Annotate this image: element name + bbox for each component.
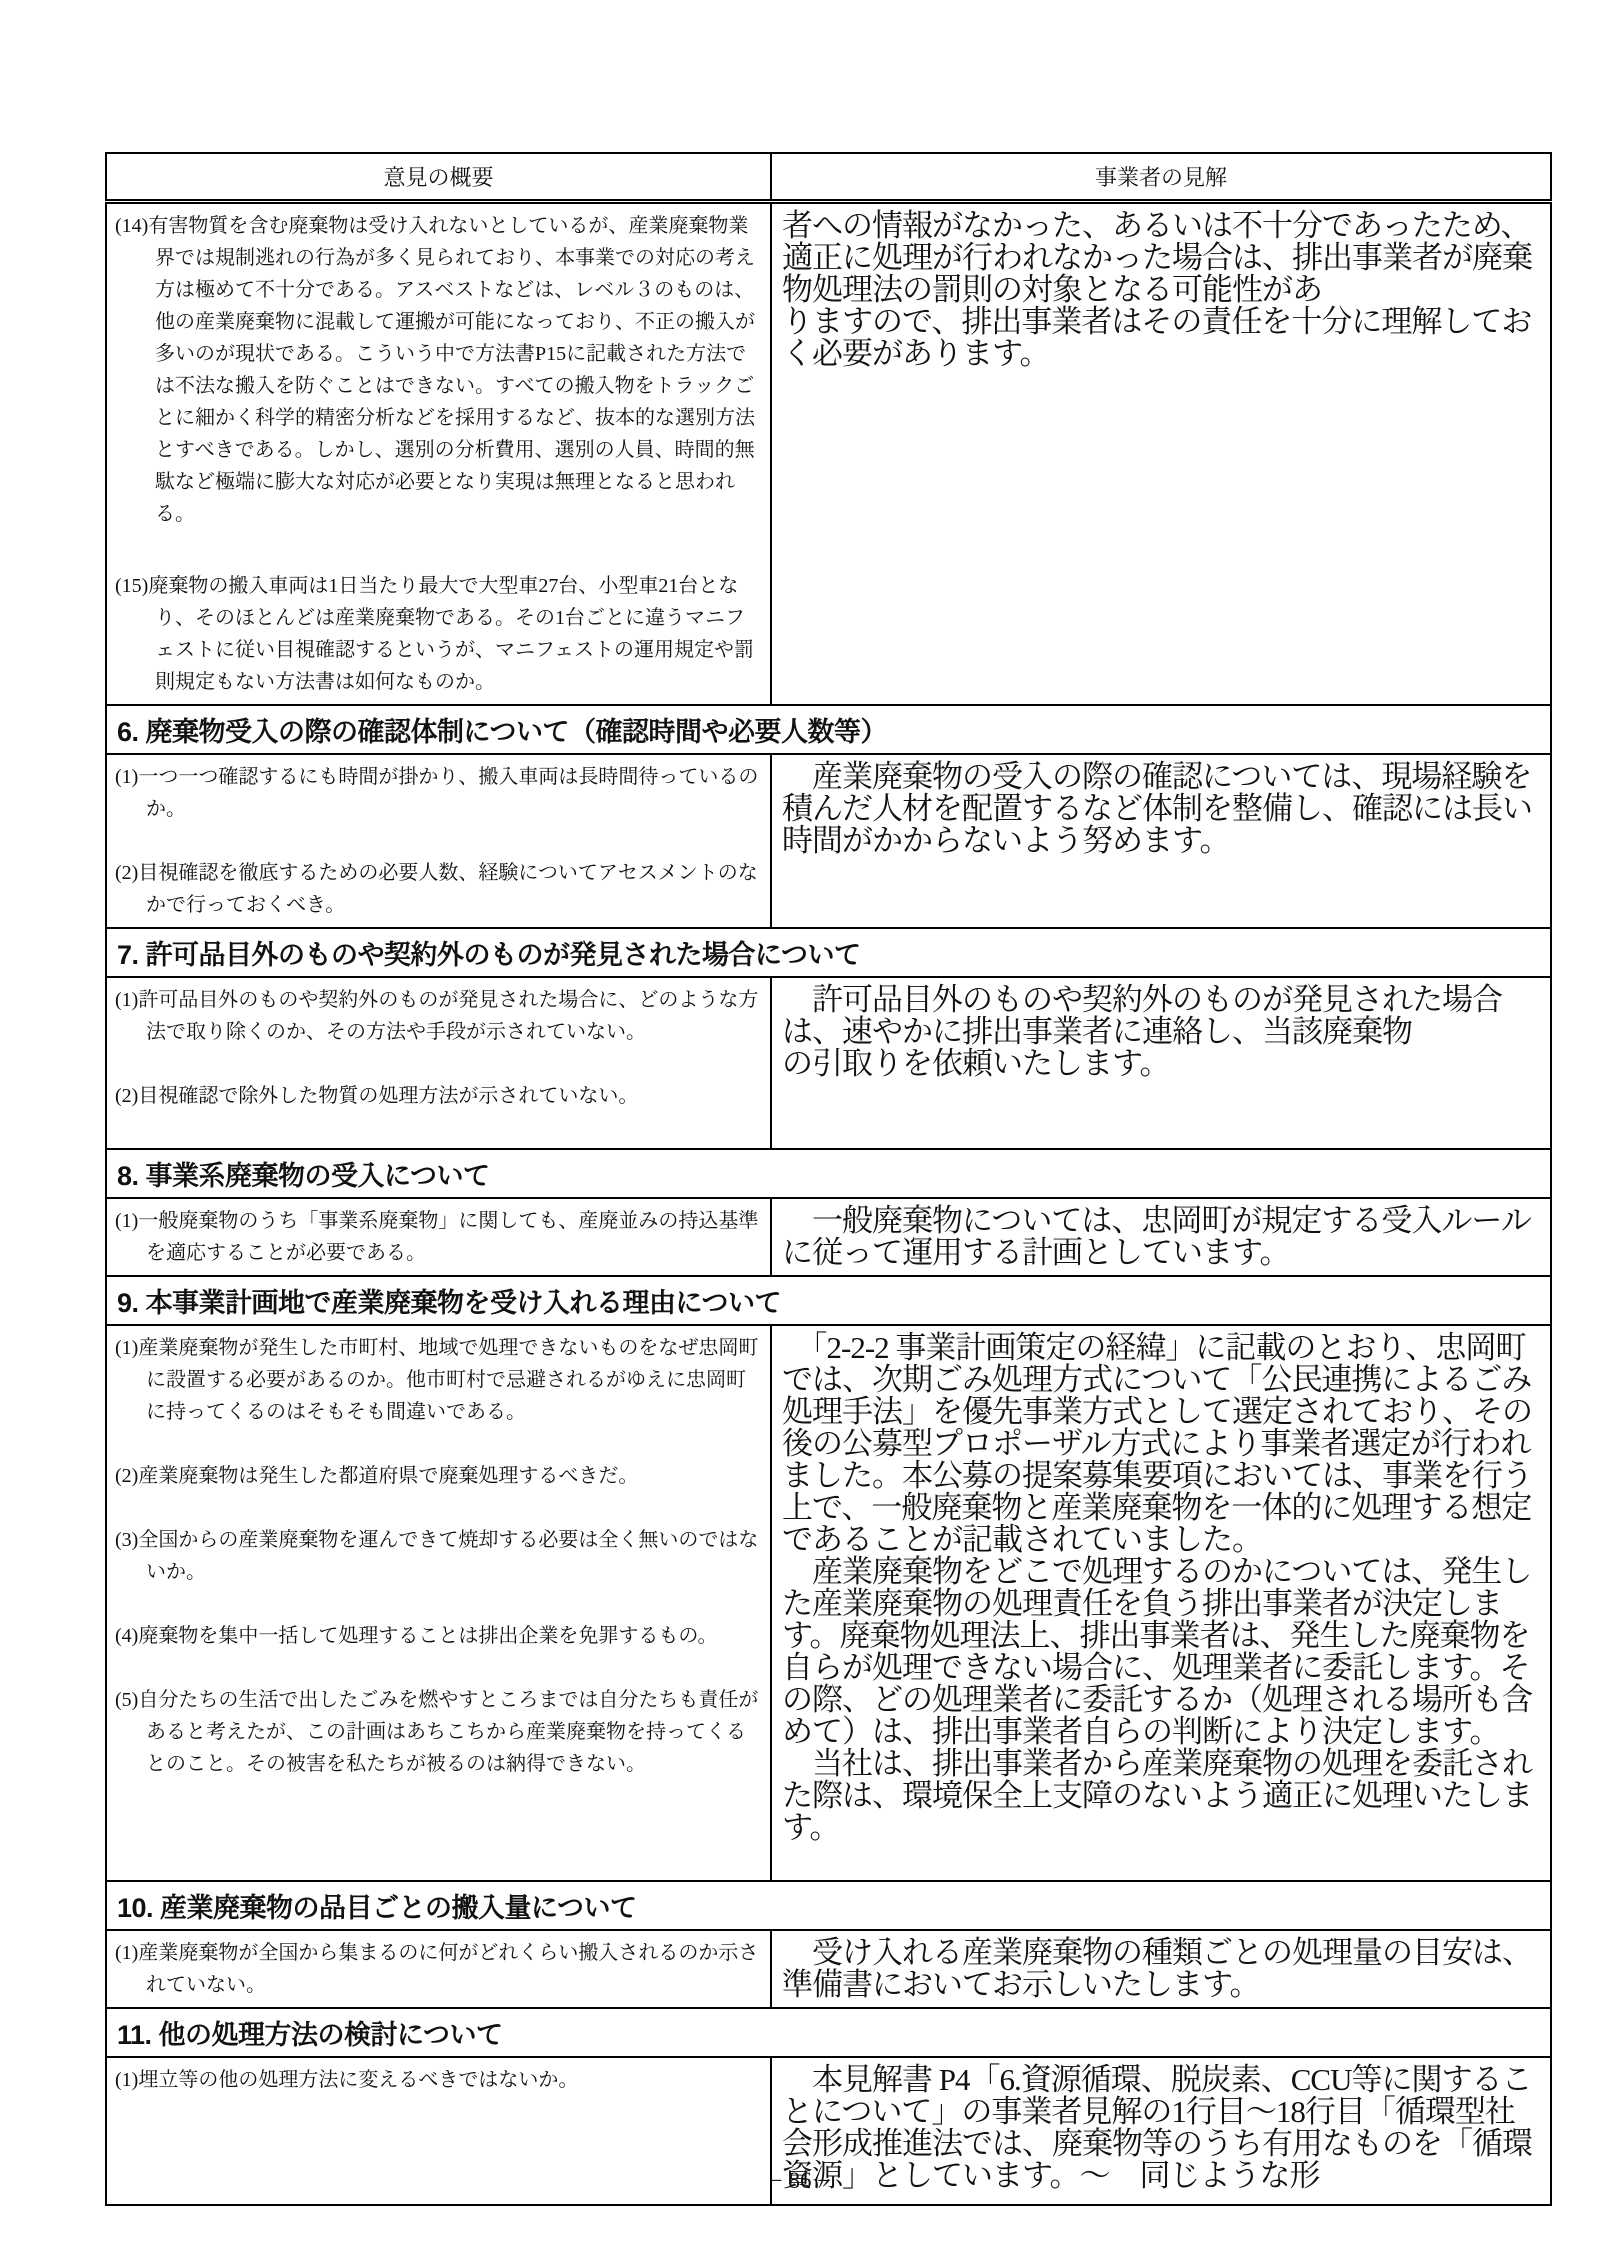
opinion-cell: (1)許可品目外のものや契約外のものが発見された場合に、どのような方法で取り除く… (106, 977, 771, 1149)
page-number: − 86 − (0, 2168, 1600, 2194)
table-header-row: 意見の概要 事業者の見解 (106, 153, 1551, 201)
opinion-item: (1)産業廃棄物が発生した市町村、地域で処理できないものをなぜ忠岡町に設置する必… (115, 1332, 760, 1428)
section-title: 11. 他の処理方法の検討について (106, 2008, 1551, 2057)
response-paragraph: 一般廃棄物については、忠岡町が規定する受入ルールに従って運用する計画としています… (782, 1205, 1538, 1269)
response-paragraph: 当社は、排出事業者から産業廃棄物の処理を委託された際は、環境保全上支障のないよう… (782, 1748, 1538, 1844)
document-page: { "page": { "number": "− 86 −" }, "table… (0, 0, 1600, 2263)
opinion-item: (3)全国からの産業廃棄物を運んできて焼却する必要は全く無いのではないか。 (115, 1524, 760, 1588)
opinion-cell: (1)一般廃棄物のうち「事業系廃棄物」に関しても、産廃並みの持込基準を適応するこ… (106, 1198, 771, 1276)
section-title-row: 7. 許可品目外のものや契約外のものが発見された場合について (106, 928, 1551, 977)
section-content-row: (1)一つ一つ確認するにも時間が掛かり、搬入車両は長時間待っているのか。 (2)… (106, 754, 1551, 928)
response-cell: 受け入れる産業廃棄物の種類ごとの処理量の目安は、準備書においてお示しいたします。 (771, 1930, 1551, 2008)
opinion-item: (1)一つ一つ確認するにも時間が掛かり、搬入車両は長時間待っているのか。 (115, 761, 760, 825)
response-cell: 産業廃棄物の受入の際の確認については、現場経験を積んだ人材を配置するなど体制を整… (771, 754, 1551, 928)
response-paragraph: 許可品目外のものや契約外のものが発見された場合は、速やかに排出事業者に連絡し、当… (782, 984, 1538, 1080)
section-title-row: 10. 産業廃棄物の品目ごとの搬入量について (106, 1881, 1551, 1930)
response-cell: 許可品目外のものや契約外のものが発見された場合は、速やかに排出事業者に連絡し、当… (771, 977, 1551, 1149)
response-cell: 者への情報がなかった、あるいは不十分であったため、適正に処理が行われなかった場合… (771, 201, 1551, 705)
response-paragraph: 受け入れる産業廃棄物の種類ごとの処理量の目安は、準備書においてお示しいたします。 (782, 1937, 1538, 2001)
opinion-item: (14)有害物質を含む廃棄物は受け入れないとしているが、産業廃棄物業界では規制逃… (115, 210, 760, 530)
opinion-item: (2)目視確認で除外した物質の処理方法が示されていない。 (115, 1080, 760, 1112)
section-title: 7. 許可品目外のものや契約外のものが発見された場合について (106, 928, 1551, 977)
section-content-row: (1)許可品目外のものや契約外のものが発見された場合に、どのような方法で取り除く… (106, 977, 1551, 1149)
section-title-row: 9. 本事業計画地で産業廃棄物を受け入れる理由について (106, 1276, 1551, 1325)
response-paragraph: 「2-2-2 事業計画策定の経緯」に記載のとおり、忠岡町では、次期ごみ処理方式に… (782, 1332, 1538, 1556)
opinion-item: (5)自分たちの生活で出したごみを燃やすところまでは自分たちも責任があると考えた… (115, 1684, 760, 1780)
response-paragraph: 産業廃棄物をどこで処理するのかについては、発生した産業廃棄物の処理責任を負う排出… (782, 1556, 1538, 1748)
section-content-row: (1)産業廃棄物が全国から集まるのに何がどれくらい搬入されるのか示されていない。… (106, 1930, 1551, 2008)
opinion-item: (1)許可品目外のものや契約外のものが発見された場合に、どのような方法で取り除く… (115, 984, 760, 1048)
opinion-cell: (1)産業廃棄物が全国から集まるのに何がどれくらい搬入されるのか示されていない。 (106, 1930, 771, 2008)
opinion-item: (2)産業廃棄物は発生した都道府県で廃棄処理するべきだ。 (115, 1460, 760, 1492)
opinion-item: (1)一般廃棄物のうち「事業系廃棄物」に関しても、産廃並みの持込基準を適応するこ… (115, 1205, 760, 1269)
section-title-row: 8. 事業系廃棄物の受入について (106, 1149, 1551, 1198)
section-content-row: (1)一般廃棄物のうち「事業系廃棄物」に関しても、産廃並みの持込基準を適応するこ… (106, 1198, 1551, 1276)
opinion-item: (2)目視確認を徹底するための必要人数、経験についてアセスメントのなかで行ってお… (115, 857, 760, 921)
response-paragraph: 者への情報がなかった、あるいは不十分であったため、適正に処理が行われなかった場合… (782, 210, 1538, 370)
opinion-response-table: 意見の概要 事業者の見解 (14)有害物質を含む廃棄物は受け入れないとしているが… (105, 152, 1552, 2206)
carryover-row: (14)有害物質を含む廃棄物は受け入れないとしているが、産業廃棄物業界では規制逃… (106, 201, 1551, 705)
response-cell: 一般廃棄物については、忠岡町が規定する受入ルールに従って運用する計画としています… (771, 1198, 1551, 1276)
opinion-item: (15)廃棄物の搬入車両は1日当たり最大で大型車27台、小型車21台となり、その… (115, 570, 760, 698)
opinion-item: (1)産業廃棄物が全国から集まるのに何がどれくらい搬入されるのか示されていない。 (115, 1937, 760, 2001)
opinion-cell: (1)産業廃棄物が発生した市町村、地域で処理できないものをなぜ忠岡町に設置する必… (106, 1325, 771, 1881)
response-column-header: 事業者の見解 (771, 153, 1551, 201)
section-content-row: (1)産業廃棄物が発生した市町村、地域で処理できないものをなぜ忠岡町に設置する必… (106, 1325, 1551, 1881)
section-title: 8. 事業系廃棄物の受入について (106, 1149, 1551, 1198)
opinion-item: (4)廃棄物を集中一括して処理することは排出企業を免罪するもの。 (115, 1620, 760, 1652)
response-cell: 「2-2-2 事業計画策定の経緯」に記載のとおり、忠岡町では、次期ごみ処理方式に… (771, 1325, 1551, 1881)
section-title: 9. 本事業計画地で産業廃棄物を受け入れる理由について (106, 1276, 1551, 1325)
opinion-column-header: 意見の概要 (106, 153, 771, 201)
section-title: 10. 産業廃棄物の品目ごとの搬入量について (106, 1881, 1551, 1930)
opinion-item: (1)埋立等の他の処理方法に変えるべきではないか。 (115, 2064, 760, 2096)
section-title: 6. 廃棄物受入の際の確認体制について（確認時間や必要人数等） (106, 705, 1551, 754)
section-title-row: 6. 廃棄物受入の際の確認体制について（確認時間や必要人数等） (106, 705, 1551, 754)
opinion-cell: (14)有害物質を含む廃棄物は受け入れないとしているが、産業廃棄物業界では規制逃… (106, 201, 771, 705)
section-title-row: 11. 他の処理方法の検討について (106, 2008, 1551, 2057)
response-paragraph: 産業廃棄物の受入の際の確認については、現場経験を積んだ人材を配置するなど体制を整… (782, 761, 1538, 857)
opinion-cell: (1)一つ一つ確認するにも時間が掛かり、搬入車両は長時間待っているのか。 (2)… (106, 754, 771, 928)
